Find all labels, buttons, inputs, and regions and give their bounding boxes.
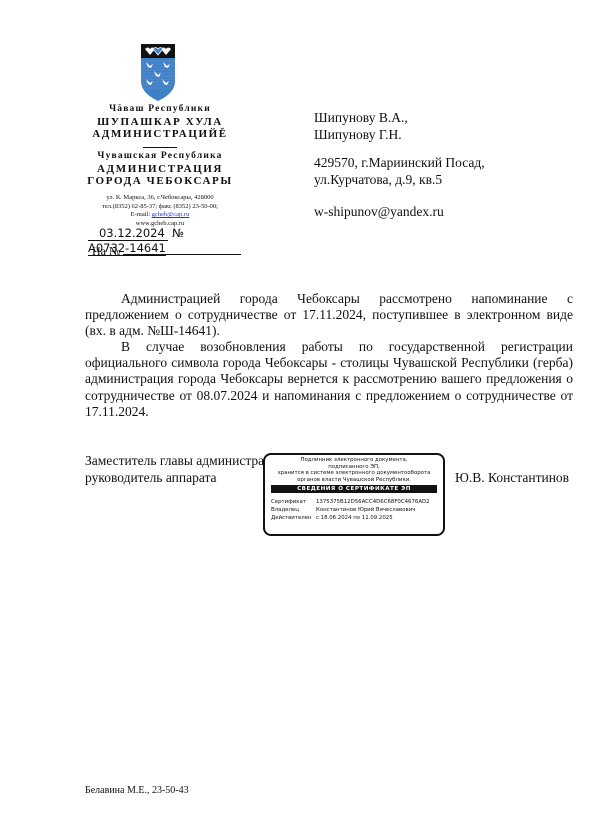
addressee-names: Шипунову В.А., Шипунову Г.Н. [314, 109, 408, 143]
signatory-name: Ю.В. Константинов [455, 470, 569, 486]
stamp-row-certificate: Сертификат1375375B12D56ACC4D6C68F0C4676A… [271, 499, 430, 505]
russian-admin-title: АДМИНИСТРАЦИЯ ГОРОДА ЧЕБОКСАРЫ [80, 163, 240, 187]
stamp-row-owner: ВладелецКонстантинов Юрий Вячеславович [271, 507, 415, 513]
addressee-address-line-1: 429570, г.Мариинский Посад, [314, 154, 485, 171]
executor-note: Белавина М.Е., 23-50-43 [85, 785, 189, 796]
stamp-certificate-bar: СВЕДЕНИЯ О СЕРТИФИКАТЕ ЭП [271, 485, 437, 493]
addressee-address: 429570, г.Мариинский Посад, ул.Курчатова… [314, 154, 485, 188]
header-divider [143, 147, 177, 148]
sender-phone: тел.(8352) 62-85-37; факс (8352) 23-50-0… [80, 203, 240, 212]
chuvash-admin-title: ШУПАШКАР ХУЛА АДМИНИСТРАЦИЙĚ [80, 116, 240, 140]
chuvash-admin-line-1: ШУПАШКАР ХУЛА [80, 116, 240, 128]
russian-admin-line-1: АДМИНИСТРАЦИЯ [80, 163, 240, 175]
addressee-name-1: Шипунову В.А., [314, 109, 408, 126]
russian-admin-line-2: ГОРОДА ЧЕБОКСАРЫ [80, 175, 240, 187]
reference-label: На № [92, 244, 120, 258]
stamp-row-validity: Действителенс 18.06.2024 по 11.09.2025 [271, 515, 393, 521]
electronic-signature-stamp: Подлинник электронного документа, подпис… [263, 453, 445, 536]
stamp-header: Подлинник электронного документа, подпис… [265, 457, 443, 483]
reference-line: На № [92, 244, 241, 259]
chuvash-republic-label: Чăваш Республики [80, 104, 240, 114]
sender-email-line: E-mail: gcheb@cap.ru [80, 211, 240, 220]
addressee-address-line-2: ул.Курчатова, д.9, кв.5 [314, 171, 485, 188]
city-coat-of-arms [140, 43, 176, 103]
sender-address: ул. К. Маркса, 36, г.Чебоксары, 428000 [80, 194, 240, 203]
registration-date: 03.12.2024 [88, 226, 168, 241]
sender-email-link[interactable]: gcheb@cap.ru [152, 211, 190, 218]
number-sign: № [172, 226, 184, 240]
addressee-email: w-shipunov@yandex.ru [314, 203, 444, 220]
chuvash-admin-line-2: АДМИНИСТРАЦИЙĚ [80, 128, 240, 140]
body-paragraph-2: В случае возобновления работы по государ… [85, 339, 573, 420]
addressee-name-2: Шипунову Г.Н. [314, 126, 408, 143]
body-paragraph-1: Администрацией города Чебоксары рассмотр… [85, 291, 573, 340]
sender-contacts: ул. К. Маркса, 36, г.Чебоксары, 428000 т… [80, 194, 240, 228]
coat-of-arms-icon [140, 43, 176, 103]
reference-blank [123, 244, 241, 255]
russian-republic-label: Чувашская Республика [80, 151, 240, 161]
email-label: E-mail: [131, 211, 152, 218]
